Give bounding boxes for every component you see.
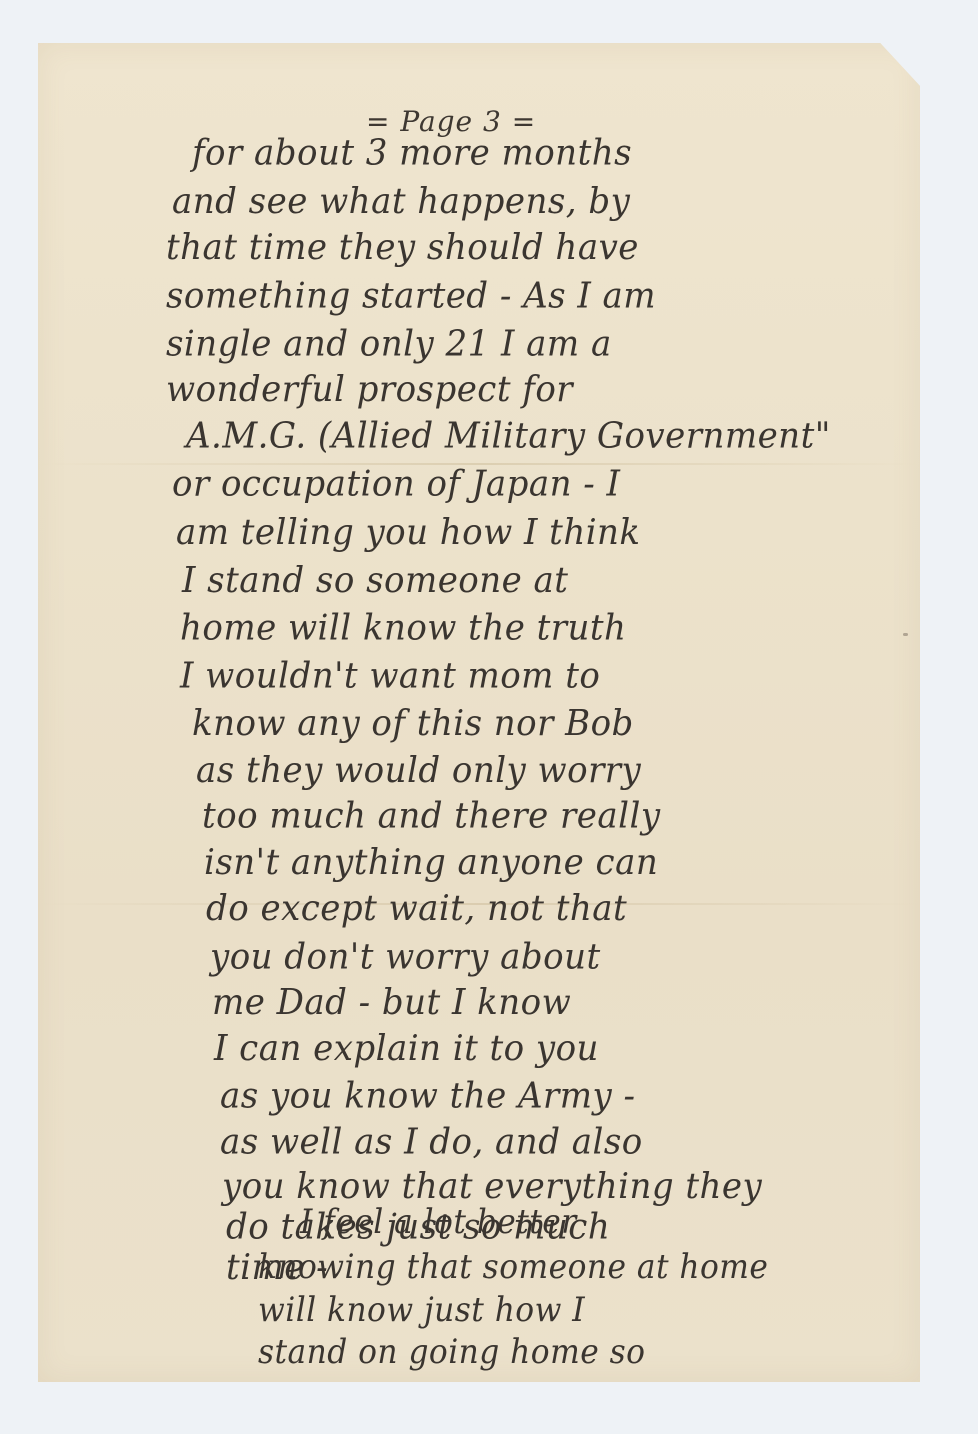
letter-line: me Dad - but I know <box>212 981 571 1022</box>
letter-line: as they would only worry <box>196 749 641 790</box>
letter-line: as you know the Army - <box>220 1075 635 1116</box>
letter-line: I can explain it to you <box>214 1027 599 1068</box>
letter-line: you don't worry about <box>210 936 601 977</box>
letter-line: wonderful prospect for <box>166 368 573 409</box>
letter-line: knowing that someone at home <box>258 1247 768 1287</box>
letter-line: am telling you how I think <box>176 511 641 552</box>
letter-line: too much and there really <box>202 795 661 836</box>
letter-line: as well as I do, and also <box>220 1121 643 1162</box>
letter-line: stand on going home so <box>258 1332 645 1372</box>
letter-line: I wouldn't want mom to <box>180 655 600 696</box>
letter-line: for about 3 more months <box>192 132 632 173</box>
letter-line: I feel a lot better <box>300 1202 577 1242</box>
letter-line: do except wait, not that <box>206 887 627 928</box>
letter-line: isn't anything anyone can <box>204 841 658 882</box>
letter-line: or occupation of Japan - I <box>172 463 620 504</box>
letter-paper: = Page 3 = for about 3 more months and s… <box>38 43 920 1382</box>
letter-line: single and only 21 I am a <box>166 323 612 364</box>
letter-line: I stand so someone at <box>182 559 568 600</box>
letter-line: A.M.G. (Allied Military Government" <box>186 415 831 456</box>
letter-line: you know that everything they <box>222 1165 762 1206</box>
letter-body: for about 3 more months and see what hap… <box>38 43 920 1335</box>
letter-line: something started - As I am <box>166 275 656 316</box>
letter-line: and see what happens, by <box>172 180 630 221</box>
letter-line: will know just how I <box>258 1290 585 1330</box>
letter-line: that time they should have <box>166 226 639 267</box>
letter-line: know any of this nor Bob <box>192 702 634 743</box>
letter-line: home will know the truth <box>180 607 626 648</box>
